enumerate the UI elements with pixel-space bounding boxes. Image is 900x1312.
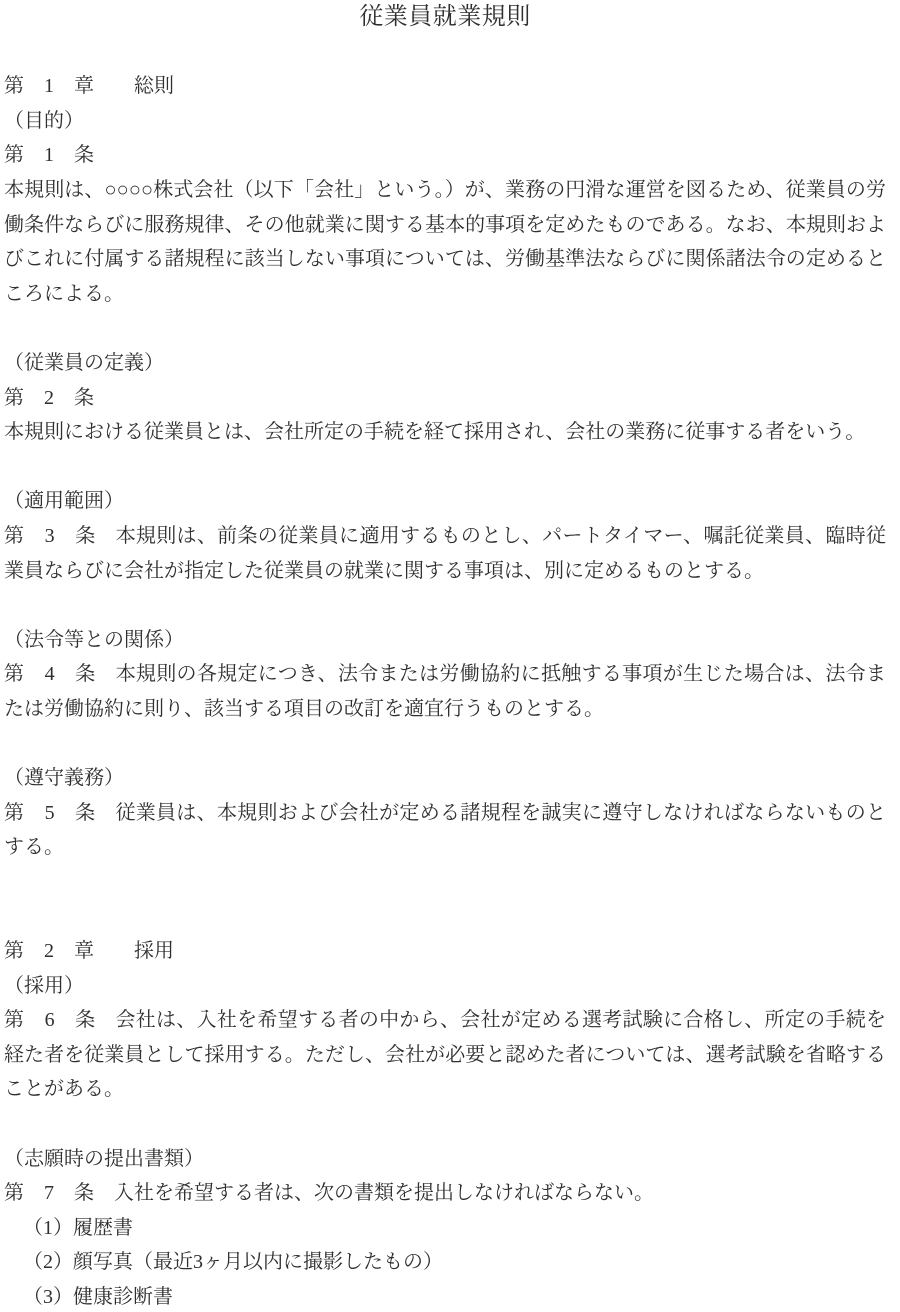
article-body: 本規則の各規定につき、法令または労働協約に抵触する事項が生じた場合は、法令または… <box>4 663 886 720</box>
article-number: 第 6 条 <box>4 1009 95 1031</box>
section-label: （適用範囲） <box>4 484 886 519</box>
section-scope: （適用範囲） 第 3 条本規則は、前条の従業員に適用するものとし、パートタイマー… <box>4 484 886 588</box>
article-number: 第 5 条 <box>4 802 95 824</box>
section-compliance-duty: （遵守義務） 第 5 条従業員は、本規則および会社が定める諸規程を誠実に遵守しな… <box>4 761 886 865</box>
article-body: 従業員は、本規則および会社が定める諸規程を誠実に遵守しなければならないものとする… <box>4 802 886 859</box>
article-number: 第 1 条 <box>4 138 886 173</box>
article-body: 入社を希望する者は、次の書類を提出しなければならない。 <box>114 1182 654 1204</box>
article-paragraph: 第 7 条入社を希望する者は、次の書類を提出しなければならない。 <box>4 1176 886 1211</box>
section-label: （遵守義務） <box>4 761 886 796</box>
chapter-2: 第 2 章 採用 （採用） 第 6 条会社は、入社を希望する者の中から、会社が定… <box>4 934 886 1312</box>
section-hiring: （採用） 第 6 条会社は、入社を希望する者の中から、会社が定める選考試験に合格… <box>4 969 886 1107</box>
document-page: 従業員就業規則 第 1 章 総則 （目的） 第 1 条 本規則は、○○○○株式会… <box>0 0 900 1312</box>
article-paragraph: 第 4 条本規則の各規定につき、法令または労働協約に抵触する事項が生じた場合は、… <box>4 657 886 726</box>
article-number: 第 4 条 <box>4 663 96 685</box>
article-number: 第 7 条 <box>4 1182 94 1204</box>
section-relation-to-laws: （法令等との関係） 第 4 条本規則の各規定につき、法令または労働協約に抵触する… <box>4 623 886 727</box>
article-paragraph: 第 6 条会社は、入社を希望する者の中から、会社が定める選考試験に合格し、所定の… <box>4 1003 886 1107</box>
section-label: （採用） <box>4 969 886 1004</box>
article-number: 第 3 条 <box>4 525 96 547</box>
chapter-1-heading: 第 1 章 総則 <box>4 69 886 104</box>
section-purpose: （目的） 第 1 条 本規則は、○○○○株式会社（以下「会社」という。）が、業務… <box>4 104 886 312</box>
list-item-2: （2）顔写真（最近3ヶ月以内に撮影したもの） <box>4 1245 886 1280</box>
article-body: 会社は、入社を希望する者の中から、会社が定める選考試験に合格し、所定の手続を経た… <box>4 1009 886 1100</box>
chapter-1: 第 1 章 総則 （目的） 第 1 条 本規則は、○○○○株式会社（以下「会社」… <box>4 69 886 865</box>
document-item-list: （1）履歴書 （2）顔写真（最近3ヶ月以内に撮影したもの） （3）健康診断書 <box>4 1211 886 1312</box>
section-application-documents: （志願時の提出書類） 第 7 条入社を希望する者は、次の書類を提出しなければなら… <box>4 1142 886 1312</box>
article-number: 第 2 条 <box>4 381 886 416</box>
section-label: （法令等との関係） <box>4 623 886 658</box>
article-paragraph: 第 3 条本規則は、前条の従業員に適用するものとし、パートタイマー、嘱託従業員、… <box>4 519 886 588</box>
article-body: 本規則は、○○○○株式会社（以下「会社」という。）が、業務の円滑な運営を図るため… <box>4 173 886 311</box>
section-label: （志願時の提出書類） <box>4 1142 886 1177</box>
article-paragraph: 第 5 条従業員は、本規則および会社が定める諸規程を誠実に遵守しなければならない… <box>4 796 886 865</box>
document-title: 従業員就業規則 <box>4 0 886 35</box>
section-employee-definition: （従業員の定義） 第 2 条 本規則における従業員とは、会社所定の手続を経て採用… <box>4 346 886 450</box>
chapter-2-heading: 第 2 章 採用 <box>4 934 886 969</box>
article-body: 本規則における従業員とは、会社所定の手続を経て採用され、会社の業務に従事する者を… <box>4 415 886 450</box>
article-body: 本規則は、前条の従業員に適用するものとし、パートタイマー、嘱託従業員、臨時従業員… <box>4 525 886 582</box>
section-label: （従業員の定義） <box>4 346 886 381</box>
list-item-1: （1）履歴書 <box>4 1211 886 1246</box>
section-label: （目的） <box>4 104 886 139</box>
list-item-3: （3）健康診断書 <box>4 1280 886 1312</box>
